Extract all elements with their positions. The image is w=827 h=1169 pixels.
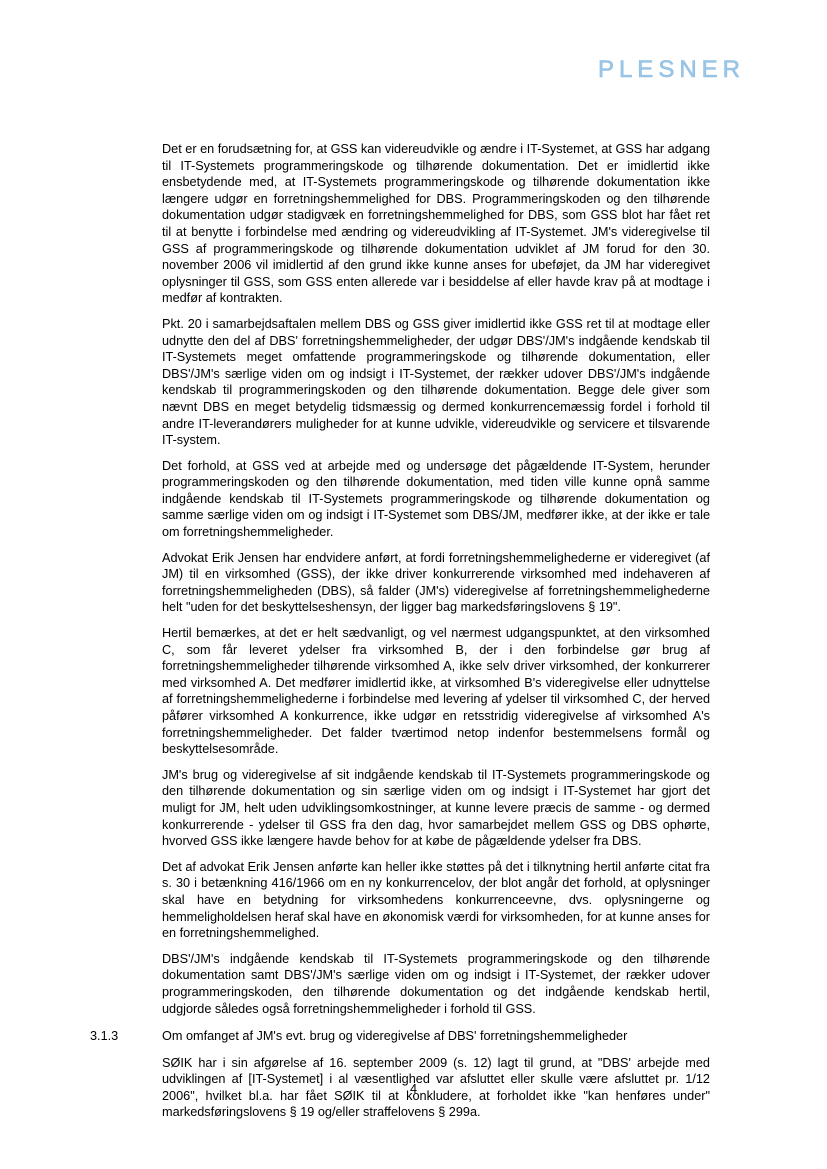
paragraph: Advokat Erik Jensen har endvidere anført… [162,550,710,616]
paragraph: Hertil bemærkes, at det er helt sædvanli… [162,625,710,758]
document-page: PLESNER Det er en forudsætning for, at G… [0,0,827,1169]
paragraph: Det er en forudsætning for, at GSS kan v… [162,141,710,307]
paragraph: DBS'/JM's indgående kendskab til IT-Syst… [162,951,710,1017]
paragraph: Det af advokat Erik Jensen anførte kan h… [162,859,710,942]
page-number: 4 [0,1082,827,1096]
document-body: Det er en forudsætning for, at GSS kan v… [162,141,710,1130]
plesner-logo: PLESNER [598,56,745,84]
section-number: 3.1.3 [90,1028,162,1045]
paragraph: JM's brug og videregivelse af sit indgåe… [162,767,710,850]
section-heading: 3.1.3 Om omfanget af JM's evt. brug og v… [90,1028,710,1045]
paragraph: Det forhold, at GSS ved at arbejde med o… [162,458,710,541]
section-title: Om omfanget af JM's evt. brug og videreg… [162,1028,710,1045]
paragraph: Pkt. 20 i samarbejdsaftalen mellem DBS o… [162,316,710,449]
